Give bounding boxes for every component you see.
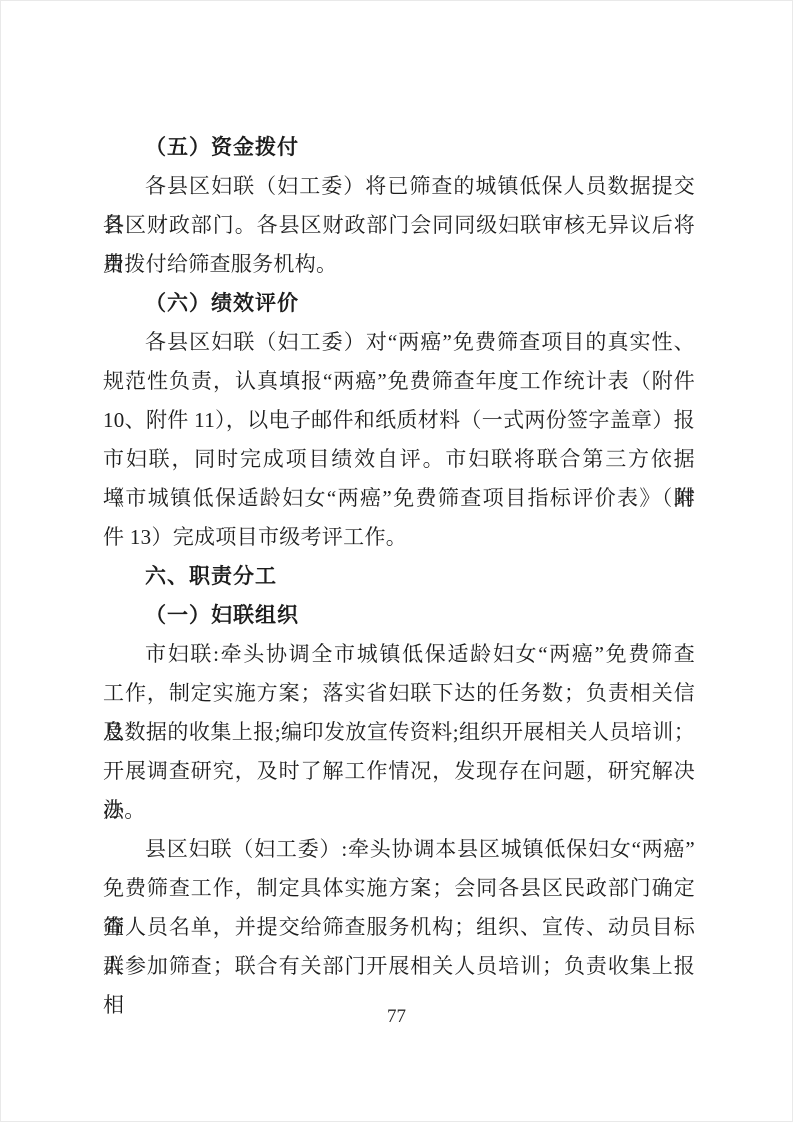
paragraph-line: 规范性负责，认真填报“两癌”免费筛查年度工作统计表（附件 [103,362,695,401]
paragraph-line: 群参加筛查；联合有关部门开展相关人员培训；负责收集上报相 [103,947,695,986]
paragraph-line: 各县区妇联（妇工委）对“两癌”免费筛查项目的真实性、 [103,323,695,362]
section-heading-funding-allocation: （五）资金拨付 [103,128,695,167]
page-number: 77 [0,1002,793,1032]
section-heading-womens-federation: （一）妇联组织 [103,596,695,635]
paragraph-line: 查人员名单，并提交给筛查服务机构；组织、宣传、动员目标人 [103,908,695,947]
paragraph-line: 县区妇联（妇工委）:牵头协调本县区城镇低保妇女“两癌” [103,830,695,869]
paragraph-line: 件 13）完成项目市级考评工作。 [103,518,695,557]
document-page: （五）资金拨付 各县区妇联（妇工委）将已筛查的城镇低保人员数据提交各 县区财政部… [0,0,793,1122]
document-text-block: （五）资金拨付 各县区妇联（妇工委）将已筛查的城镇低保人员数据提交各 县区财政部… [103,128,695,986]
paragraph-line: 工作，制定实施方案；落实省妇联下达的任务数；负责相关信息 [103,674,695,713]
paragraph-line: 市妇联，同时完成项目绩效自评。市妇联将联合第三方依据《蚌 [103,440,695,479]
paragraph-line: 各县区妇联（妇工委）将已筛查的城镇低保人员数据提交各 [103,167,695,206]
paragraph-line: 10、附件 11），以电子邮件和纸质材料（一式两份签字盖章）报 [103,401,695,440]
paragraph-line: 用拨付给筛查服务机构。 [103,245,695,284]
paragraph-line: 市妇联:牵头协调全市城镇低保适龄妇女“两癌”免费筛查 [103,635,695,674]
paragraph-line: 开展调查研究，及时了解工作情况，发现存在问题，研究解决办 [103,752,695,791]
paragraph-line: 及数据的收集上报;编印发放宣传资料;组织开展相关人员培训； [103,713,695,752]
paragraph-line: 法。 [103,791,695,830]
paragraph-line: 埠市城镇低保适龄妇女“两癌”免费筛查项目指标评价表》（附 [103,479,695,518]
section-heading-performance-evaluation: （六）绩效评价 [103,284,695,323]
paragraph-line: 县区财政部门。各县区财政部门会同同级妇联审核无异议后将费 [103,206,695,245]
paragraph-line: 免费筛查工作，制定具体实施方案；会同各县区民政部门确定筛 [103,869,695,908]
section-heading-duties-division: 六、职责分工 [103,557,695,596]
